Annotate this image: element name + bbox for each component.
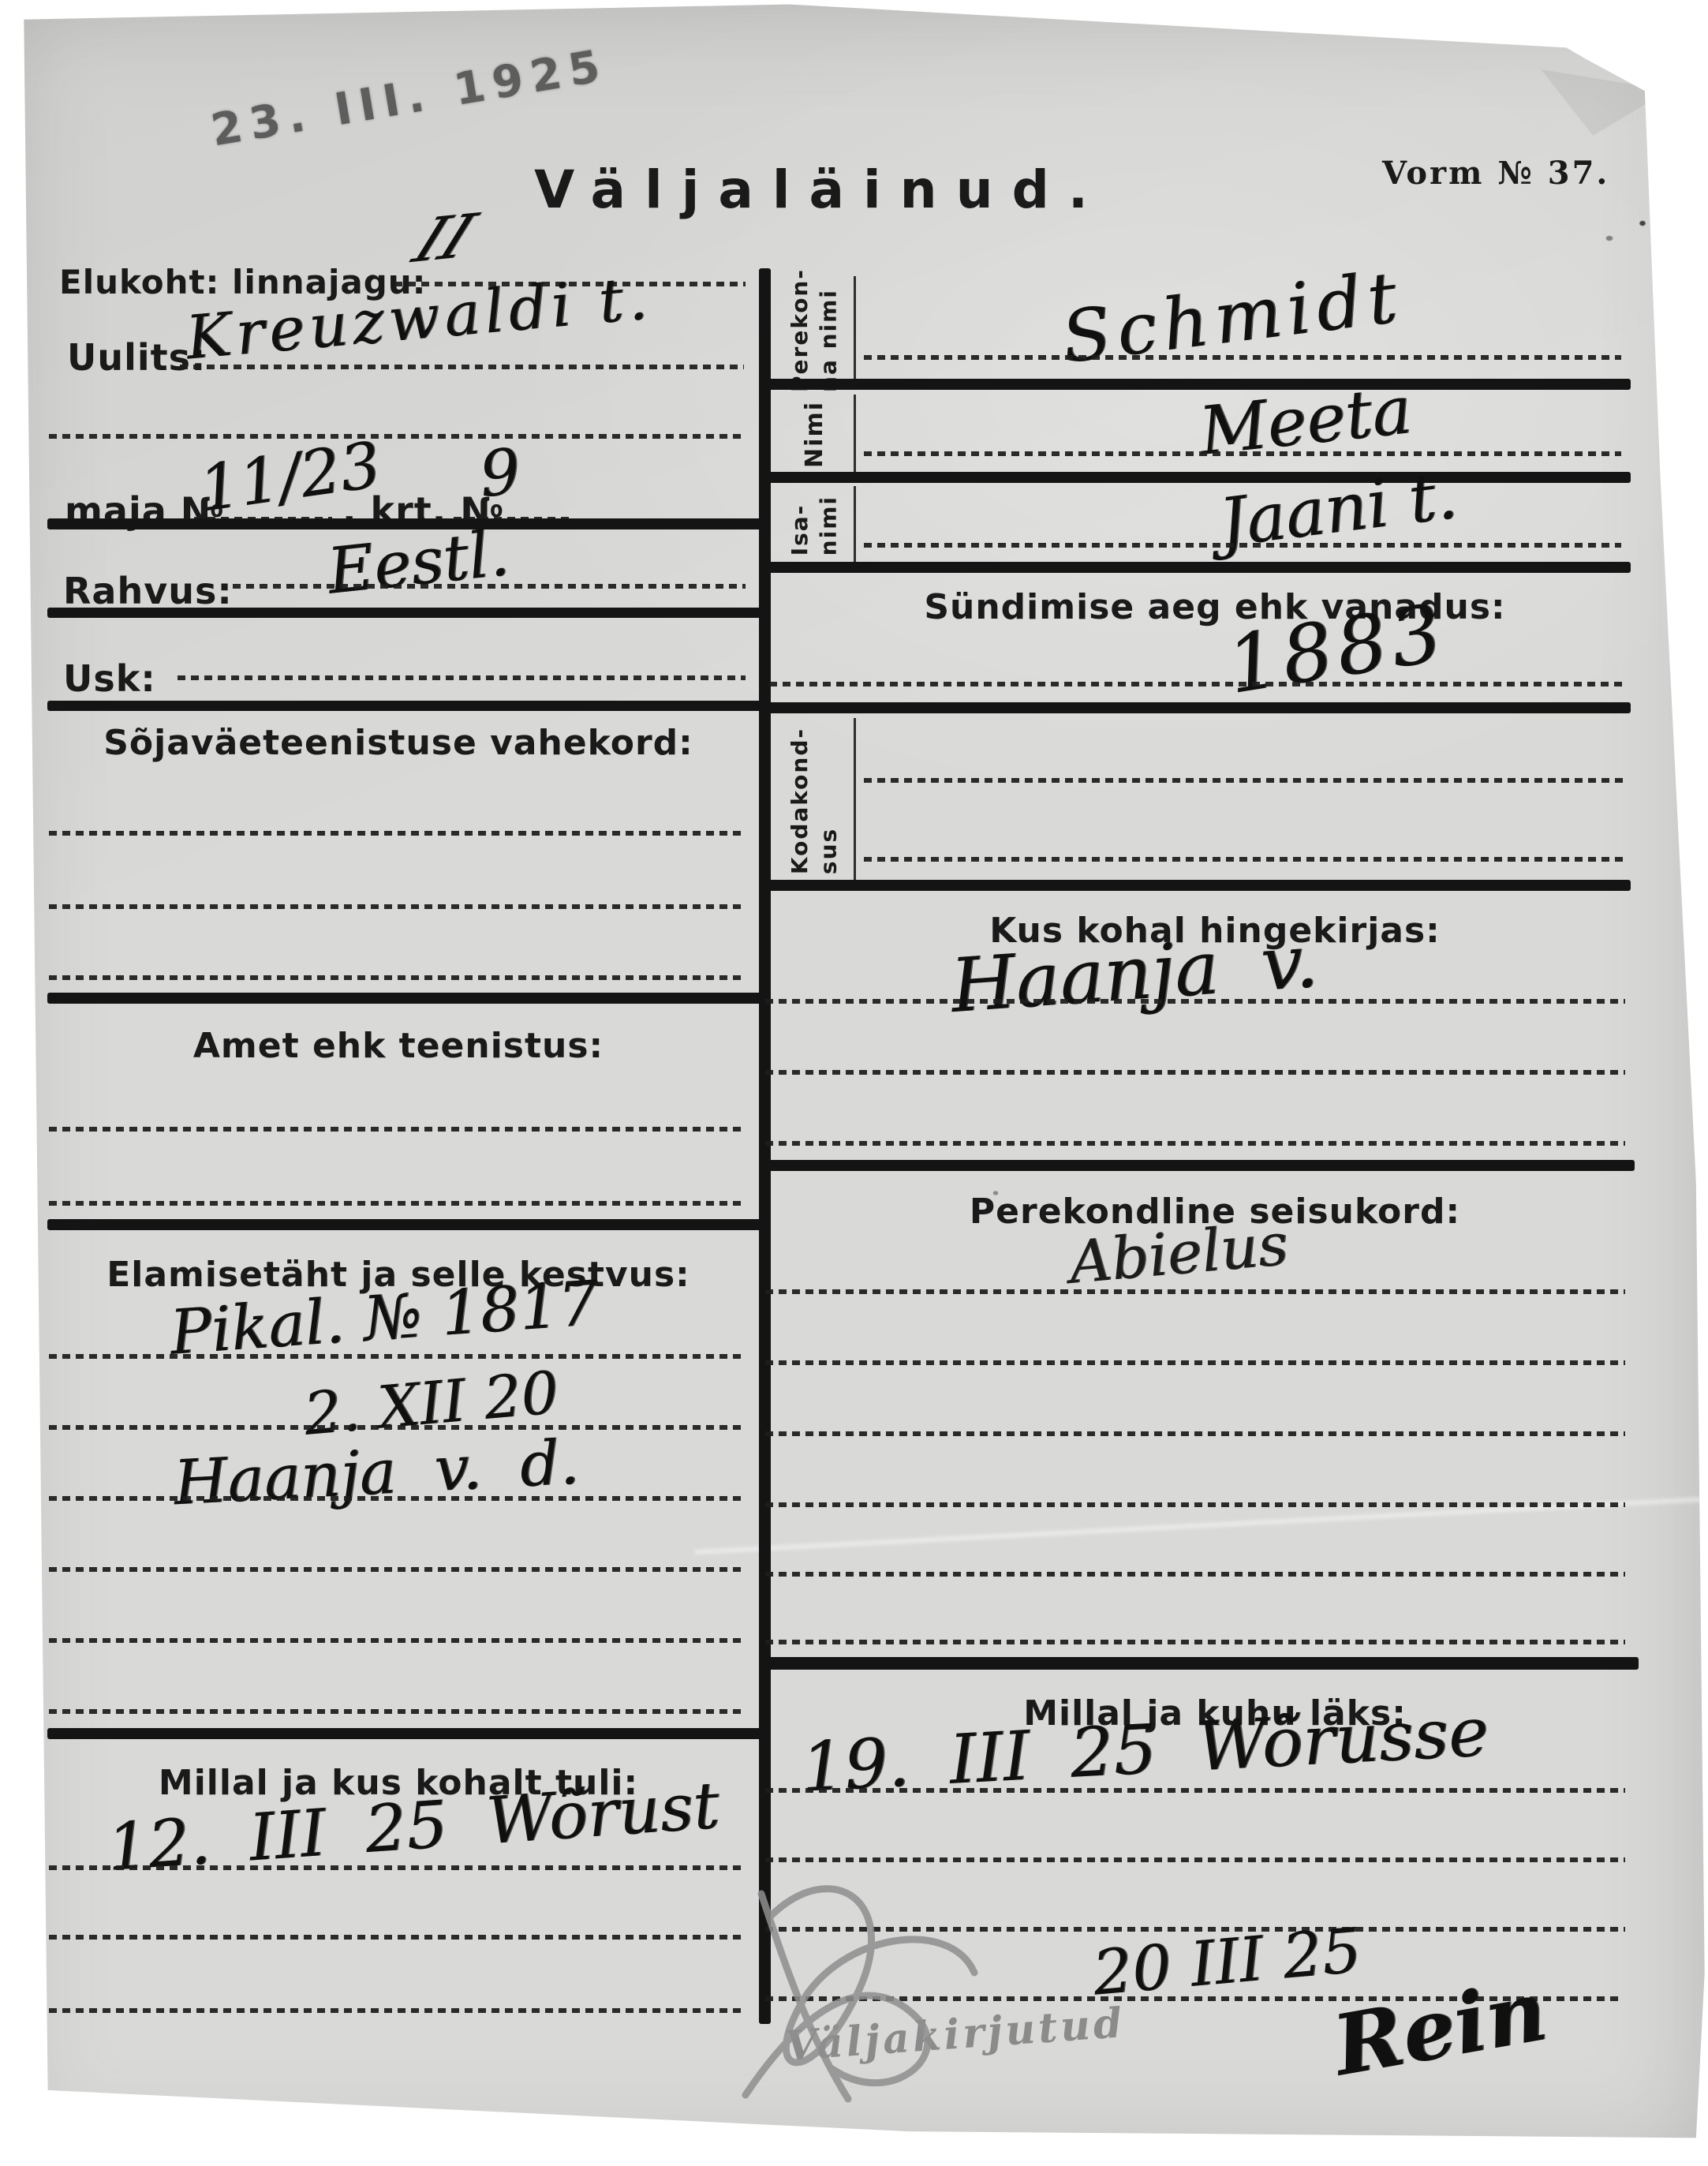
- vertical-label-kodakondsus: Kodakond- sus: [786, 728, 843, 874]
- dotted-line: [49, 904, 746, 909]
- vertical-label-perekonnanimi: Perekon- na nimi: [786, 268, 843, 392]
- section-header-sojavaeteenistus: Sõjaväeteenistuse vahekord:: [47, 723, 749, 763]
- vertical-label-strip: Kodakond- sus: [775, 716, 854, 886]
- dotted-line: [765, 999, 1625, 1004]
- rule-bar: [47, 1728, 761, 1739]
- column-divider: [759, 268, 771, 2024]
- dotted-line: [180, 365, 744, 369]
- vertical-label-strip: Perekon- na nimi: [775, 275, 854, 385]
- label-separator-line: [854, 486, 856, 565]
- dotted-line: [49, 831, 746, 836]
- dotted-line: [864, 451, 1621, 456]
- rule-bar: [47, 993, 761, 1004]
- dotted-line: [765, 1502, 1625, 1507]
- dotted-line: [49, 1425, 746, 1430]
- rule-bar: [47, 701, 761, 711]
- paper-sheet: 23. III. 1925 Väljaläinud. Vorm № 37. El…: [0, 0, 1708, 2166]
- dotted-line: [49, 975, 746, 980]
- dotted-line: [49, 1865, 746, 1870]
- dotted-line: [765, 1572, 1625, 1577]
- dotted-line: [233, 584, 746, 589]
- rule-bar: [759, 880, 1631, 891]
- field-label-uulits: Uulits:: [67, 336, 206, 379]
- vertical-label-nimi: Nimi: [799, 401, 830, 468]
- vertical-label-isanimi: Isa- nimi: [786, 496, 843, 556]
- rule-bar: [759, 1657, 1639, 1670]
- rule-bar: [759, 1160, 1635, 1171]
- label-separator-line: [854, 395, 856, 473]
- paper-corner-fold: [1538, 41, 1669, 136]
- label-separator-line: [854, 718, 856, 884]
- dotted-line: [864, 857, 1625, 862]
- field-label-usk: Usk:: [63, 657, 156, 700]
- dotted-line: [765, 1360, 1625, 1365]
- dotted-line: [178, 675, 746, 680]
- rule-bar: [759, 702, 1631, 713]
- section-header-sundimise: Sündimise aeg ehk vanadus:: [820, 587, 1609, 627]
- rule-bar: [759, 562, 1631, 573]
- dotted-line: [49, 1354, 746, 1359]
- dotted-line: [49, 434, 746, 439]
- vertical-label-strip: Nimi: [775, 395, 854, 473]
- dotted-line: [765, 1141, 1625, 1146]
- dotted-line: [49, 1638, 746, 1643]
- label-separator-line: [854, 276, 856, 385]
- dotted-line: [765, 1289, 1625, 1294]
- vertical-label-strip: Isa- nimi: [775, 486, 854, 565]
- handwritten-perekonnanimi-value: Schmidt: [1057, 256, 1407, 380]
- dotted-line: [864, 778, 1625, 783]
- dotted-line: [49, 1201, 746, 1206]
- dotted-line: [49, 1567, 746, 1572]
- pencil-scribble: [714, 1870, 1053, 2123]
- dotted-line: [49, 1709, 746, 1714]
- dotted-line: [765, 1070, 1625, 1075]
- rule-bar: [759, 472, 1631, 483]
- received-date-stamp: 23. III. 1925: [207, 40, 611, 157]
- dotted-line: [765, 1857, 1625, 1862]
- dotted-line: [864, 355, 1621, 360]
- rule-bar: [47, 608, 761, 618]
- dotted-line: [864, 543, 1621, 548]
- rule-bar: [47, 1219, 761, 1230]
- handwritten-krt-value: 9: [477, 435, 523, 511]
- handwritten-elukoht-value: II: [403, 201, 484, 277]
- section-header-amet: Amet ehk teenistus:: [47, 1026, 749, 1066]
- dotted-line: [49, 1935, 746, 1940]
- field-label-rahvus: Rahvus:: [63, 570, 233, 612]
- handwritten-elamisetaht-line3: Haanja v. d.: [172, 1427, 581, 1520]
- form-number: Vorm № 37.: [1382, 155, 1609, 192]
- dotted-line: [49, 1127, 746, 1132]
- dotted-line: [49, 1496, 746, 1501]
- dotted-line: [765, 1640, 1625, 1644]
- rule-bar: [759, 379, 1631, 390]
- dotted-line: [49, 2008, 746, 2013]
- scanned-registration-card: 23. III. 1925 Väljaläinud. Vorm № 37. El…: [0, 0, 1708, 2166]
- form-title: Väljaläinud.: [505, 159, 1136, 220]
- dotted-line: [765, 1788, 1625, 1793]
- dotted-line: [769, 682, 1625, 686]
- dotted-line: [765, 1431, 1625, 1436]
